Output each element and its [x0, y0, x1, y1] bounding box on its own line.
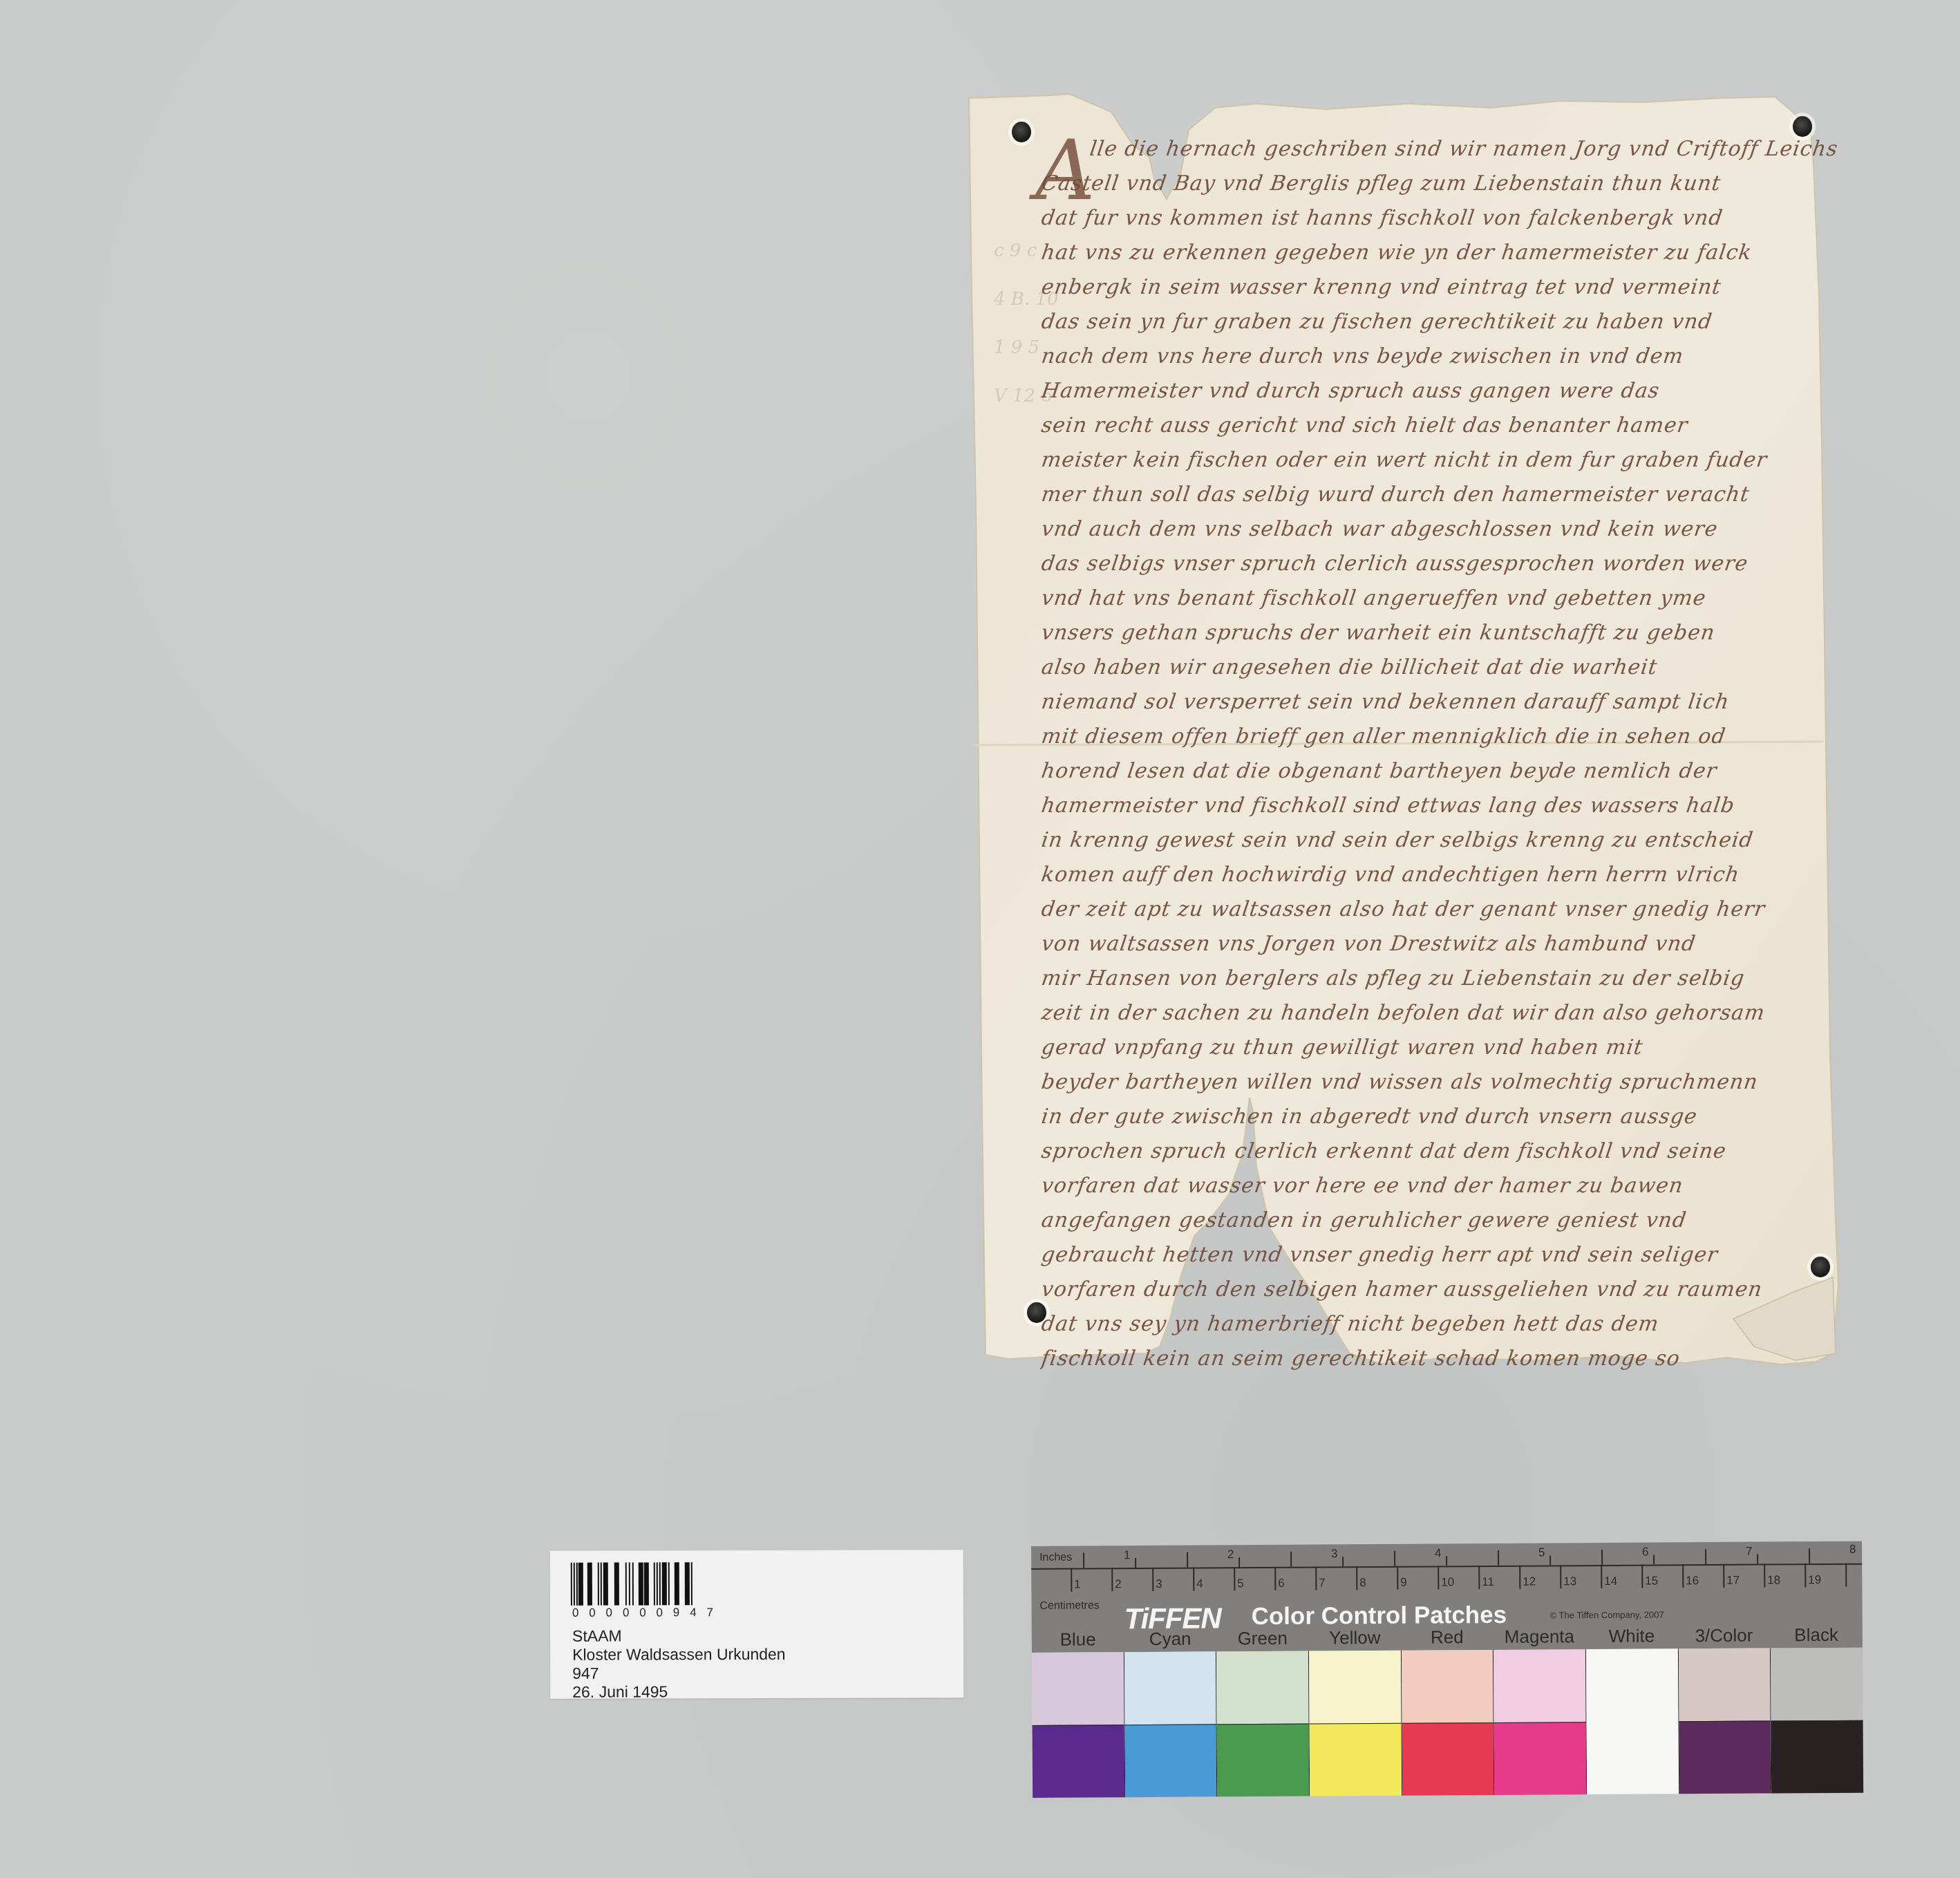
text-line: beyder bartheyen willen vnd wissen als v…: [1038, 1070, 1838, 1105]
patch-magenta: [1493, 1649, 1586, 1795]
handwritten-text: A lle die hernach geschriben sind wir na…: [1041, 137, 1836, 1381]
collection-name: Kloster Waldsassen Urkunden: [572, 1645, 786, 1664]
color-patches: [1032, 1648, 1863, 1798]
text-line: vnd hat vns benant fischkoll angerueffen…: [1038, 586, 1838, 621]
text-line: also haben wir angesehen die billicheit …: [1038, 655, 1838, 690]
text-line: lle die hernach geschriben sind wir name…: [1038, 137, 1838, 171]
punch-hole-top-right: [1793, 116, 1812, 137]
text-line: hat vns zu erkennen gegeben wie yn der h…: [1038, 241, 1838, 275]
barcode: [571, 1562, 692, 1605]
patch-red: [1401, 1650, 1494, 1796]
text-line: in der gute zwischen in abgeredt vnd dur…: [1038, 1105, 1838, 1139]
patch-yellow: [1308, 1651, 1402, 1796]
copyright-notice: © The Tiffen Company, 2007: [1550, 1609, 1664, 1620]
patch-cyan: [1124, 1651, 1217, 1797]
text-line: gebraucht hetten vnd vnser gnedig herr a…: [1038, 1243, 1838, 1277]
text-line: der zeit apt zu waltsassen also hat der …: [1038, 897, 1838, 932]
text-line: zeit in der sachen zu handeln befolen da…: [1038, 1001, 1838, 1035]
archive-name: StAAM: [572, 1626, 786, 1646]
text-line: vnd auch dem vns selbach war abgeschloss…: [1038, 517, 1838, 552]
document-date: 26. Juni 1495: [572, 1682, 786, 1702]
text-line: vorfaren dat wasser vor here ee vnd der …: [1038, 1174, 1838, 1208]
punch-hole-top-left: [1012, 122, 1031, 142]
text-line: das selbigs vnser spruch clerlich aussge…: [1038, 552, 1838, 586]
text-line: mit diesem offen brieff gen aller mennig…: [1038, 724, 1838, 759]
text-line: hamermeister vnd fischkoll sind ettwas l…: [1038, 794, 1838, 828]
patch-labels: Blue Cyan Green Yellow Red Magenta White…: [1032, 1624, 1863, 1651]
ruler: Inches 1 2 3 4 5 6 7 8: [1031, 1541, 1863, 1653]
text-line: enbergk in seim wasser krenng vnd eintra…: [1038, 275, 1838, 310]
barcode-number: 0 0 0 0 0 0 9 4 7: [572, 1606, 713, 1620]
text-line: sprochen spruch clerlich erkennt dat dem…: [1038, 1139, 1838, 1174]
text-line: dat vns sey yn hamerbrieff nicht begeben…: [1038, 1312, 1838, 1346]
patch-3color: [1678, 1648, 1771, 1794]
text-line: vnsers gethan spruchs der warheit ein ku…: [1038, 621, 1838, 655]
text-line: sein recht auss gericht vnd sich hielt d…: [1038, 413, 1838, 448]
patch-white: [1585, 1649, 1679, 1794]
text-line: niemand sol versperret sein vnd bekennen…: [1038, 690, 1838, 724]
text-line: das sein yn fur graben zu fischen gerech…: [1038, 310, 1838, 344]
text-line: mir Hansen von berglers als pfleg zu Lie…: [1038, 966, 1838, 1001]
text-line: dat fur vns kommen ist hanns fischkoll v…: [1038, 206, 1838, 241]
text-line: nach dem vns here durch vns beyde zwisch…: [1038, 344, 1838, 379]
color-control-chart: Inches 1 2 3 4 5 6 7 8: [1031, 1541, 1863, 1799]
archive-label: 0 0 0 0 0 0 9 4 7 StAAM Kloster Waldsass…: [550, 1550, 964, 1699]
text-line: meister kein fischen oder ein wert nicht…: [1038, 448, 1838, 482]
patch-green: [1216, 1651, 1309, 1797]
text-line: vorfaren durch den selbigen hamer aussge…: [1038, 1277, 1838, 1312]
text-line: Castell vnd Bay vnd Berglis pfleg zum Li…: [1038, 171, 1838, 206]
text-line: mer thun soll das selbig wurd durch den …: [1038, 482, 1838, 517]
text-line: gerad vnpfang zu thun gewilligt waren vn…: [1038, 1035, 1838, 1070]
centimetres-label: Centimetres: [1039, 1599, 1099, 1613]
text-line: Hamermeister vnd durch spruch auss gange…: [1038, 379, 1838, 413]
manuscript-page: c 9 c 4 B. 10 1 9 5 V 12 6 A lle die her…: [966, 88, 1866, 1402]
text-line: fischkoll kein an seim gerechtikeit scha…: [1038, 1346, 1838, 1381]
inches-label: Inches: [1039, 1552, 1072, 1564]
text-line: von waltsassen vns Jorgen von Drestwitz …: [1038, 932, 1838, 966]
text-line: komen auff den hochwirdig vnd andechtige…: [1038, 863, 1838, 897]
patch-black: [1770, 1648, 1863, 1794]
text-line: in krenng gewest sein vnd sein der selbi…: [1038, 828, 1838, 863]
document-number: 947: [572, 1664, 786, 1683]
patch-blue: [1032, 1652, 1124, 1798]
text-line: angefangen gestanden in geruhlicher gewe…: [1038, 1208, 1838, 1243]
text-line: horend lesen dat die obgenant bartheyen …: [1038, 759, 1838, 794]
